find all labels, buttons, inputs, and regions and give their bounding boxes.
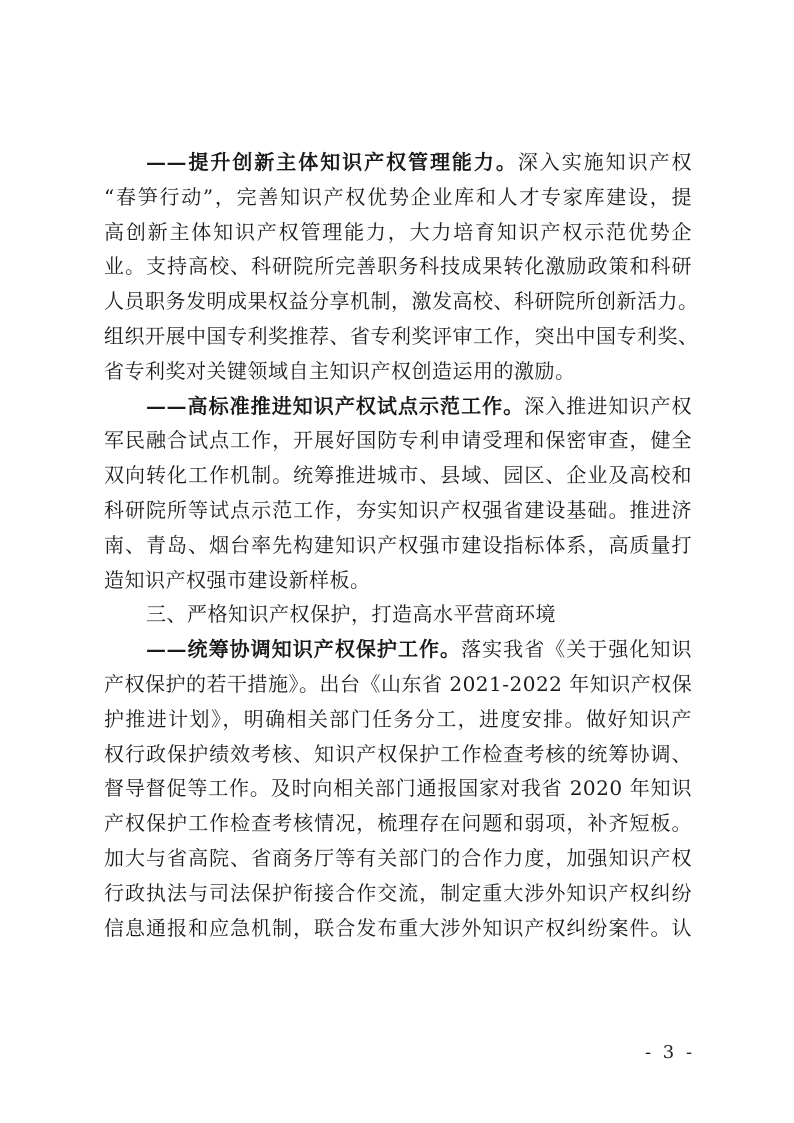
paragraph-line: ——统筹协调知识产权保护工作。落实我省《关于强化知识 — [104, 632, 692, 667]
paragraph-text: 深入推进知识产权 — [524, 394, 692, 418]
paragraph-line: 护推进计划》，明确相关部门任务分工，进度安排。做好知识产 — [104, 702, 692, 737]
paragraph-line: 业。支持高校、科研院所完善职务科技成果转化激励政策和科研 — [104, 249, 692, 284]
paragraph-line: ——高标准推进知识产权试点示范工作。深入推进知识产权 — [104, 389, 692, 424]
paragraph-line: 行政执法与司法保护衔接合作交流，制定重大涉外知识产权纠纷 — [104, 876, 692, 911]
document-body: ——提升创新主体知识产权管理能力。深入实施知识产权 “春笋行动”，完善知识产权优… — [104, 145, 692, 945]
paragraph-line: 造知识产权强市建设新样板。 — [104, 563, 692, 598]
paragraph-line: 人员职务发明成果权益分享机制，激发高校、科研院所创新活力。 — [104, 284, 692, 319]
paragraph-lead-heading: ——统筹协调知识产权保护工作。 — [146, 637, 461, 661]
paragraph-line: ——提升创新主体知识产权管理能力。深入实施知识产权 — [104, 145, 692, 180]
paragraph-line: 高创新主体知识产权管理能力，大力培育知识产权示范优势企 — [104, 215, 692, 250]
paragraph-line: 军民融合试点工作，开展好国防专利申请受理和保密审查，健全 — [104, 423, 692, 458]
paragraph-line: 信息通报和应急机制，联合发布重大涉外知识产权纠纷案件。认 — [104, 911, 692, 946]
paragraph-line: 科研院所等试点示范工作，夯实知识产权强省建设基础。推进济 — [104, 493, 692, 528]
page-number: - 3 - — [640, 1042, 700, 1063]
paragraph-line: 省专利奖对关键领域自主知识产权创造运用的激励。 — [104, 354, 692, 389]
document-page: ——提升创新主体知识产权管理能力。深入实施知识产权 “春笋行动”，完善知识产权优… — [0, 0, 794, 1123]
paragraph-line: 南、青岛、烟台率先构建知识产权强市建设指标体系，高质量打 — [104, 528, 692, 563]
paragraph-line: 产权保护的若干措施》。出台《山东省 2021-2022 年知识产权保 — [104, 667, 692, 702]
section-heading: 三、严格知识产权保护，打造高水平营商环境 — [104, 597, 692, 632]
paragraph-lead-heading: ——高标准推进知识产权试点示范工作。 — [146, 394, 524, 418]
paragraph-text: 落实我省《关于强化知识 — [461, 637, 692, 661]
paragraph-line: 权行政保护绩效考核、知识产权保护工作检查考核的统筹协调、 — [104, 737, 692, 772]
paragraph-line: 双向转化工作机制。统筹推进城市、县域、园区、企业及高校和 — [104, 458, 692, 493]
paragraph-line: 督导督促等工作。及时向相关部门通报国家对我省 2020 年知识 — [104, 771, 692, 806]
paragraph-line: 加大与省高院、省商务厅等有关部门的合作力度，加强知识产权 — [104, 841, 692, 876]
paragraph-line: 组织开展中国专利奖推荐、省专利奖评审工作，突出中国专利奖、 — [104, 319, 692, 354]
paragraph-line: 产权保护工作检查考核情况，梳理存在问题和弱项，补齐短板。 — [104, 806, 692, 841]
paragraph-lead-heading: ——提升创新主体知识产权管理能力。 — [146, 150, 518, 174]
paragraph-line: “春笋行动”，完善知识产权优势企业库和人才专家库建设，提 — [104, 180, 692, 215]
paragraph-text: 深入实施知识产权 — [518, 150, 692, 174]
